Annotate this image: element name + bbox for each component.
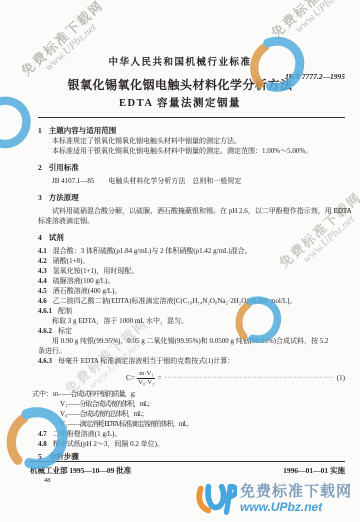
formula-dot-leader: ········································…: [165, 373, 334, 383]
symbol-v1: V₁: [60, 400, 68, 408]
section-title: 方法原理: [49, 193, 79, 202]
clause-4-2: 4.2硝酸(1+8)。: [38, 256, 345, 266]
section-2-heading: 2引用标准: [38, 163, 345, 173]
section-number: 1: [38, 126, 42, 135]
clause-4-6-3: 4.6.3每毫升 EDTA 标准滴定溶液相当于铟的克数按式(1)计算：: [38, 356, 345, 366]
referenced-standard: JB 4107.1—85电触头材料化学分析方法 总则和一般规定: [38, 176, 345, 186]
where-definition-v1: V₁——分取合成试液的体积，mL；: [38, 399, 345, 409]
section-1-heading: 1主题内容与适用范围: [38, 126, 345, 136]
document-title-line2: EDTA 容量法测定铟量: [0, 95, 360, 110]
brand-u-stroke: [208, 487, 223, 508]
implementation-note: 1996—01—01 实施: [283, 465, 345, 476]
section-title: 试剂: [49, 233, 64, 242]
formula-equals: =: [157, 373, 161, 383]
where-label: 式中：: [32, 390, 53, 398]
section-title: 分析步骤: [49, 452, 79, 461]
clause-4-4: 4.4硫脲溶液(100 g/L)。: [38, 276, 345, 286]
scanned-standard-page: 免费标准下载网 www.UPbz.net 免费标准下载网 www.UPbz.ne…: [0, 0, 360, 522]
clause-4-6-2: 4.6.2标定: [38, 326, 345, 336]
document-body: 1主题内容与适用范围 本标准规定了银氧化锡氧化铟电触头材料中铟量的测定方法。 本…: [38, 124, 345, 462]
section-number: 3: [38, 193, 42, 202]
brand-site-name: 免费标准下载网: [240, 485, 352, 501]
header-rule: [38, 117, 345, 118]
footer-rule: [30, 461, 345, 462]
where-definition-v2: V₂——滴定消耗 EDTA 标准滴定溶液的体积，mL。: [38, 419, 345, 429]
clause-4-5: 4.5酒石酸溶液(400 g/L)。: [38, 286, 345, 296]
brand-text: 免费标准下载网 www.UPbz.net: [240, 485, 352, 513]
clause-4-8: 4.8精密试纸(pH 2～3，间隔 0.2 单位)。: [38, 439, 345, 449]
formula-fraction: m·V₁ V₀·V₂: [137, 370, 155, 386]
formula-number: (1): [337, 373, 345, 383]
standard-authority-heading: 中华人民共和国机械行业标准: [0, 54, 360, 68]
clause-4-6: 4.6乙二胺四乙酸二钠(EDTA)标准滴定溶液[C(C₁₀H₁₄N₂O₈Na₂·…: [38, 296, 345, 306]
section-number: 4: [38, 233, 42, 242]
reagent-list: 4.1混合酸：3 体积硫酸(ρ1.84 g/mL)与 2 体积硝酸(ρ1.42 …: [38, 246, 345, 366]
section-4-heading: 4试剂: [38, 233, 345, 243]
brand-p-stroke: [226, 486, 236, 512]
formula-lhs: C=: [126, 373, 135, 383]
referenced-standard-title: 电触头材料化学分析方法 总则和一般规定: [108, 177, 241, 185]
standard-number: JB/T 7777.2—1995: [285, 72, 345, 81]
section-title: 主题内容与适用范围: [49, 126, 117, 135]
clause-4-1: 4.1混合酸：3 体积硫酸(ρ1.84 g/mL)与 2 体积硝酸(ρ1.42 …: [38, 246, 345, 256]
approval-note: 机械工业部 1995—10—09 批准: [30, 465, 131, 476]
up-brand-icon: [195, 481, 237, 517]
clause-4-6-2-text-line2: 条进行。: [38, 346, 345, 356]
formula-numerator: m·V₁: [137, 370, 155, 379]
symbol-v0: V₀: [60, 410, 68, 418]
page-number: 48: [44, 477, 51, 484]
clause-4-3: 4.3氢氧化铵(1+1)，用时现配。: [38, 266, 345, 276]
paragraph: 标准溶液滴定铟。: [38, 216, 345, 226]
symbol-v2: V₂: [60, 420, 68, 428]
where-definition-v0: V₀——合成试液的总体积，mL；: [38, 409, 345, 419]
paragraph: 本标准规定了银氧化锡氧化铟电触头材料中铟量的测定方法。: [38, 136, 345, 146]
formula-1: C= m·V₁ V₀·V₂ = ························…: [126, 370, 345, 386]
section-number: 2: [38, 163, 42, 172]
site-brand: 免费标准下载网 www.UPbz.net: [195, 481, 352, 517]
footer: 机械工业部 1995—10—09 批准 1996—01—01 实施: [30, 465, 345, 476]
where-definition-m: 式中：m——合成试料中铟的质量，g；: [32, 389, 345, 399]
clause-4-6-2-text-line1: 用 0.90 g 纯银(99.95%)、0.05 g 二氧化锡(99.95%)和…: [38, 336, 345, 346]
paragraph: 试料用硫硝混合酸分解，以硫脲、酒石酸掩蔽银和锡。在 pH 2.6，以二甲酚橙作指…: [38, 206, 345, 216]
referenced-standard-number: JB 4107.1—85: [52, 177, 94, 185]
section-3-heading: 3方法原理: [38, 193, 345, 203]
brand-site-url: www.UPbz.net: [240, 501, 352, 514]
clause-4-6-1-text: 称取 3 g EDTA，溶于 1000 mL 水中，混匀。: [38, 316, 345, 326]
clause-4-7: 4.7二甲酚橙溶液(1 g/L)。: [38, 429, 345, 439]
clause-4-6-1: 4.6.1配制: [38, 306, 345, 316]
paragraph: 本标准适用于银氧化锡氧化铟电触头材料中铟量的测定。测定范围：1.00%～5.00…: [38, 146, 345, 156]
section-title: 引用标准: [49, 163, 79, 172]
section-number: 5: [38, 452, 42, 461]
formula-denominator: V₀·V₂: [138, 379, 154, 387]
